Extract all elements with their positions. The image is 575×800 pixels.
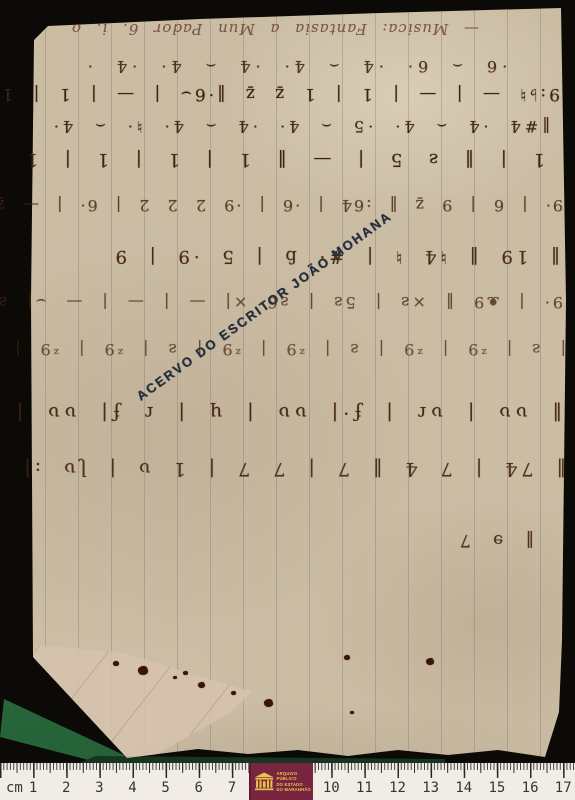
ruler-number-12: 12 xyxy=(389,780,406,796)
ink-blot xyxy=(183,671,188,675)
ruler-number-6: 6 xyxy=(195,780,203,796)
ruler-number-4: 4 xyxy=(128,780,136,796)
ruler-number-14: 14 xyxy=(455,780,472,796)
archive-building-icon xyxy=(254,769,274,795)
ruler-number-2: 2 xyxy=(62,780,70,796)
ink-blot xyxy=(231,691,236,695)
ink-blot xyxy=(350,711,354,714)
ruler-number-13: 13 xyxy=(422,780,439,796)
ruler-unit-label: cm xyxy=(6,780,23,796)
ruler-number-16: 16 xyxy=(522,780,539,796)
ruler-number-17: 17 xyxy=(555,780,572,796)
ruler-number-15: 15 xyxy=(489,780,506,796)
ruler-number-5: 5 xyxy=(161,780,169,796)
scanned-document-view: — Musica: Fantasia a Mun Pador 6. i. o·6… xyxy=(0,0,575,800)
ruler-number-3: 3 xyxy=(95,780,103,796)
archive-logo: ARQUIVO PÚBLICO DO ESTADO DO MARANHÃO xyxy=(249,763,313,800)
ink-blot xyxy=(344,655,350,660)
ruler-number-10: 10 xyxy=(323,780,340,796)
ink-blot xyxy=(138,666,148,675)
ink-blot xyxy=(198,682,205,688)
ink-blot xyxy=(173,676,177,679)
ink-blots-layer xyxy=(0,0,575,800)
ink-blot xyxy=(113,661,119,666)
archive-logo-text: ARQUIVO PÚBLICO DO ESTADO DO MARANHÃO xyxy=(276,771,311,792)
ink-blot xyxy=(264,699,273,707)
ruler-number-1: 1 xyxy=(29,780,37,796)
ink-blot xyxy=(426,658,434,665)
logo-line-4: DO MARANHÃO xyxy=(276,787,311,792)
cm-ruler: cm 12345671011121314151617 ARQUIVO PÚBLI… xyxy=(0,763,575,800)
ruler-number-7: 7 xyxy=(228,780,236,796)
ruler-number-11: 11 xyxy=(356,780,373,796)
